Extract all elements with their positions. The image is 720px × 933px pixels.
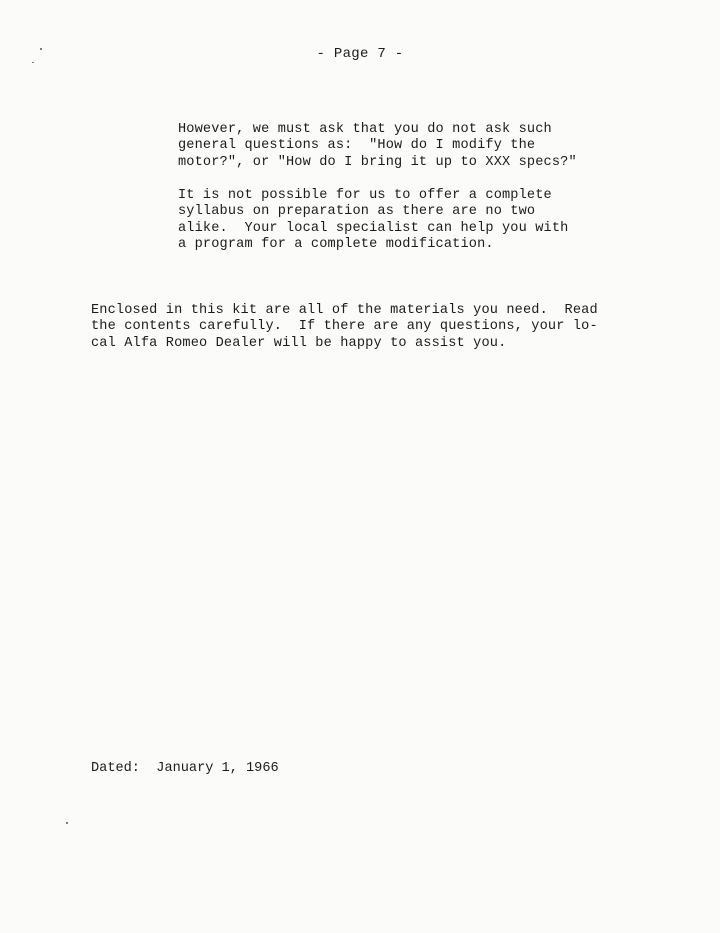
text-line: the contents carefully. If there are any…: [91, 319, 598, 335]
text-line: alike. Your local specialist can help yo…: [178, 221, 568, 237]
dated-label: Dated:: [91, 761, 140, 776]
paper-speck: [32, 62, 34, 63]
paper-speck: [40, 48, 42, 50]
date-value: January 1, 1966: [156, 761, 278, 776]
text-line: general questions as: "How do I modify t…: [178, 138, 577, 154]
text-line: motor?", or "How do I bring it up to XXX…: [178, 155, 577, 171]
date-line: Dated: January 1, 1966: [91, 761, 279, 776]
paragraph-general-questions: However, we must ask that you do not ask…: [178, 122, 577, 171]
page-number: - Page 7 -: [0, 46, 720, 62]
text-line: However, we must ask that you do not ask…: [178, 122, 577, 138]
text-line: Enclosed in this kit are all of the mate…: [91, 303, 598, 319]
paragraph-syllabus: It is not possible for us to offer a com…: [178, 188, 568, 253]
paper-speck: [66, 822, 68, 824]
text-line: syllabus on preparation as there are no …: [178, 204, 568, 220]
paragraph-enclosed-kit: Enclosed in this kit are all of the mate…: [91, 303, 598, 352]
text-line: It is not possible for us to offer a com…: [178, 188, 568, 204]
text-line: a program for a complete modification.: [178, 237, 568, 253]
text-line: cal Alfa Romeo Dealer will be happy to a…: [91, 336, 598, 352]
